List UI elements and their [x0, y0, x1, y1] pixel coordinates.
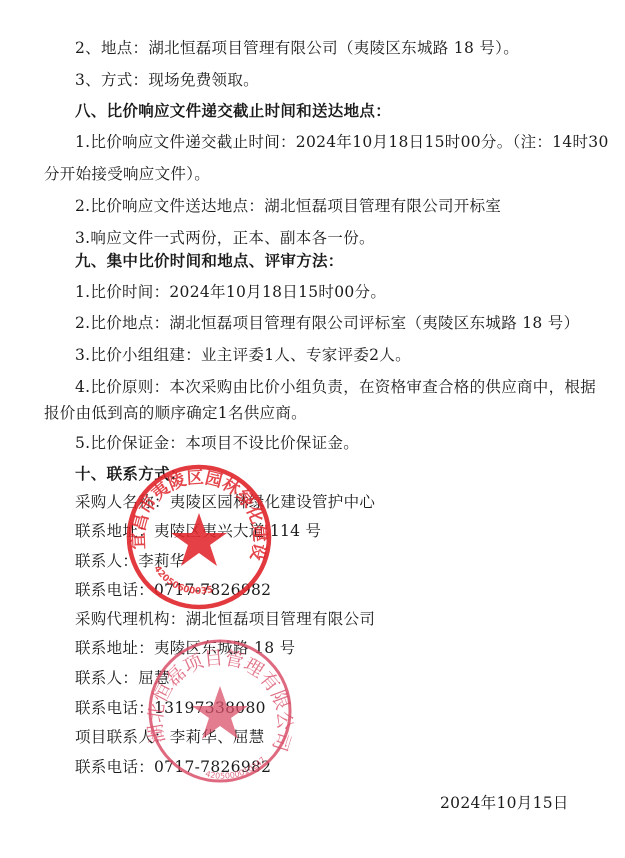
text-line: 联系人：屈慧: [75, 668, 170, 688]
text-line: 1.比价响应文件递交截止时间：2024年10月18日15时00分。（注：14时3…: [75, 132, 609, 152]
document-page: 2、地点：湖北恒磊项目管理有限公司（夷陵区东城路 18 号）。 3、方式：现场免…: [0, 0, 625, 858]
text-line: 分开始接受响应文件）。: [44, 164, 210, 184]
section-heading: 九、集中比价时间和地点、评审方法：: [75, 251, 344, 271]
text-line: 采购代理机构：湖北恒磊项目管理有限公司: [75, 609, 375, 629]
text-line: 2.比价响应文件送达地点：湖北恒磊项目管理有限公司开标室: [75, 196, 501, 216]
text-line: 1.比价时间：2024年10月18日15时00分。: [75, 282, 386, 302]
text-line: 2、地点：湖北恒磊项目管理有限公司（夷陵区东城路 18 号）。: [75, 38, 519, 58]
text-line: 联系人：李莉华: [75, 551, 186, 571]
text-line: 联系地址：夷陵区东城路 18 号: [75, 638, 295, 658]
text-line: 报价由低到高的顺序确定1名供应商。: [44, 403, 307, 423]
section-heading: 十、联系方式：: [75, 464, 186, 484]
text-line: 5.比价保证金：本项目不设比价保证金。: [75, 433, 359, 453]
text-line: 联系地址：夷陵区夷兴大道 114 号: [75, 521, 321, 541]
text-line: 3、方式：现场免费领取。: [75, 70, 259, 90]
text-line: 联系电话：0717-7826982: [75, 757, 271, 777]
text-line: 项目联系人：李莉华、屈慧: [75, 727, 265, 747]
document-date: 2024年10月15日: [440, 793, 569, 813]
text-line: 2.比价地点：湖北恒磊项目管理有限公司评标室（夷陵区东城路 18 号）: [75, 313, 579, 333]
text-line: 3.响应文件一式两份，正本、副本各一份。: [75, 228, 375, 248]
text-line: 3.比价小组组建：业主评委1人、专家评委2人。: [75, 345, 411, 365]
text-line: 联系电话：13197338080: [75, 698, 266, 718]
section-heading: 八、比价响应文件递交截止时间和送达地点：: [75, 101, 391, 121]
text-line: 4.比价原则：本次采购由比价小组负责，在资格审查合格的供应商中，根据: [75, 377, 596, 397]
text-line: 采购人名称：夷陵区园林绿化建设管护中心: [75, 492, 375, 512]
text-line: 联系电话：0717-7826982: [75, 580, 271, 600]
